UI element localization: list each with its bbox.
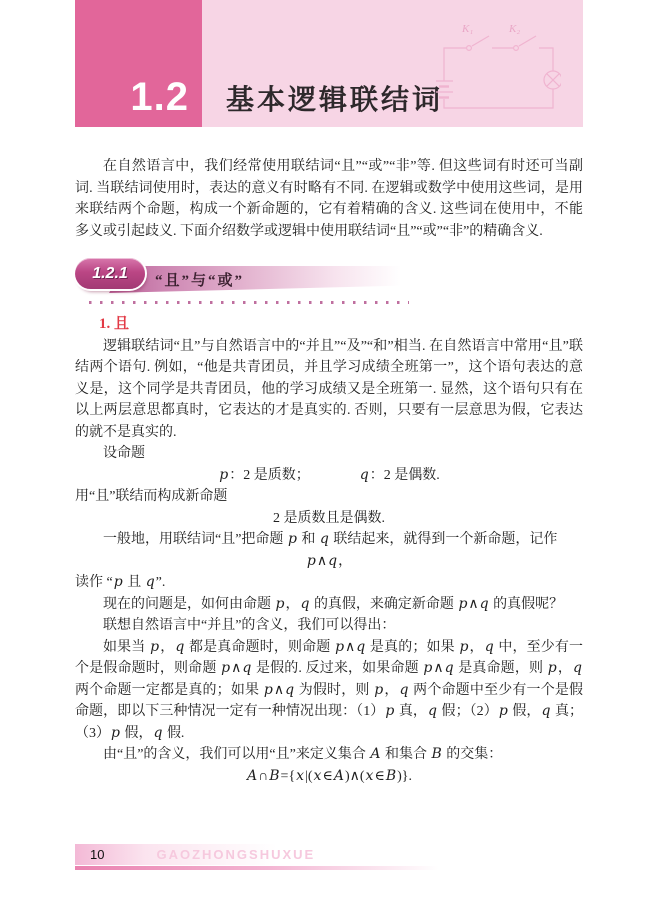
text-segment: ， xyxy=(469,640,483,655)
text-segment: 假；（2） xyxy=(438,704,498,719)
math-symbol: A xyxy=(246,768,258,784)
text-segment: 如果当 xyxy=(103,640,149,655)
text-segment: ， xyxy=(338,554,352,569)
formula-intersection: A∩B={x|(x∈A)∧(x∈B)}. xyxy=(75,766,583,788)
text-segment: ∩ xyxy=(258,769,268,784)
text-segment: ， xyxy=(285,597,299,612)
section-number: 1.2 xyxy=(130,77,202,127)
math-symbol: q xyxy=(299,596,310,612)
text-segment xyxy=(303,468,359,483)
page-footer: 10 GAOZHONGSHUXUE xyxy=(75,844,580,870)
wire-left-top xyxy=(444,48,466,81)
text-segment: 的真假呢？ xyxy=(490,597,564,612)
math-symbol: p xyxy=(287,531,298,547)
section-header: 1.2 基本逻辑联结词 xyxy=(75,0,583,127)
math-symbol: B xyxy=(430,746,442,762)
switch-k2-label: K₂ xyxy=(508,23,520,35)
math-symbol: p xyxy=(498,703,509,719)
paragraph: 用“且”联结而构成新命题 xyxy=(75,486,583,508)
math-symbol: p xyxy=(422,660,433,676)
math-symbol: q xyxy=(359,467,370,483)
text-segment: 现在的问题是，如何由命题 xyxy=(103,597,275,612)
textbook-page: 1.2 基本逻辑联结词 xyxy=(0,0,650,912)
text-segment: 的真假，来确定新命题 xyxy=(310,597,457,612)
text-segment: ”. xyxy=(156,575,166,590)
math-symbol: p xyxy=(220,660,231,676)
math-symbol: x xyxy=(313,768,323,784)
text-segment: 假， xyxy=(509,704,541,719)
paragraph: 联想自然语言中“并且”的含义，我们可以得出： xyxy=(75,615,583,637)
paragraph: 如果当 p，q 都是真命题时，则命题 p∧q 是真的；如果 p，q 中，至少有一… xyxy=(75,637,583,745)
section-title-band: 基本逻辑联结词 xyxy=(202,0,583,127)
body-text: 1. 且 逻辑联结词“且”与自然语言中的“并且”“及”“和”相当. 在自然语言中… xyxy=(75,314,583,787)
math-symbol: q xyxy=(399,682,410,698)
math-symbol: B xyxy=(268,768,280,784)
math-symbol: q xyxy=(319,531,330,547)
math-symbol: q xyxy=(174,639,185,655)
text-segment: ∈ xyxy=(374,769,384,784)
text-segment: ∧ xyxy=(231,661,241,676)
math-symbol: q xyxy=(284,682,295,698)
text-segment: 是真的；如果 xyxy=(366,640,458,655)
math-symbol: p xyxy=(384,703,395,719)
text-segment: 两个命题一定都是真的；如果 xyxy=(75,683,263,698)
text-segment: 都是真命题时，则命题 xyxy=(185,640,334,655)
math-symbol: p xyxy=(373,682,384,698)
item-heading: 1. 且 xyxy=(75,314,583,336)
switch-k1-pivot-icon xyxy=(467,46,472,51)
paragraph: 由“且”的含义，我们可以用“且”来定义集合 A 和集合 B 的交集： xyxy=(75,744,583,766)
math-symbol: q xyxy=(444,660,455,676)
switch-k2-blade-icon xyxy=(519,36,536,46)
math-symbol: p xyxy=(263,682,274,698)
page-title: 基本逻辑联结词 xyxy=(226,87,443,115)
text-segment: ：2 是质数； xyxy=(229,468,303,483)
switch-k2-pivot-icon xyxy=(514,46,519,51)
text-segment: 是假的. 反过来，如果命题 xyxy=(252,661,422,676)
text-segment: ={ xyxy=(281,769,296,784)
text-segment: ∧ xyxy=(468,597,478,612)
text-segment: 和集合 xyxy=(381,747,430,762)
math-symbol: p xyxy=(457,596,468,612)
math-symbol: p xyxy=(110,725,121,741)
math-symbol: q xyxy=(572,660,583,676)
text-segment: ∧ xyxy=(274,683,284,698)
text-segment: 的交集： xyxy=(443,747,503,762)
page-number: 10 xyxy=(75,847,104,862)
formula-propositions: p：2 是质数； q：2 是偶数. xyxy=(75,465,583,487)
footer-row: 10 GAOZHONGSHUXUE xyxy=(75,844,580,865)
math-symbol: x xyxy=(365,768,375,784)
formula-compound-proposition: 2 是质数且是偶数. xyxy=(75,508,583,530)
math-symbol: x xyxy=(295,768,305,784)
formula-conjunction: p∧q， xyxy=(75,551,583,573)
math-symbol: q xyxy=(241,660,252,676)
math-symbol: q xyxy=(479,596,490,612)
text-segment: 且 xyxy=(124,575,145,590)
switch-k1-label: K₁ xyxy=(461,23,473,35)
text-segment: 由“且”的含义，我们可以用“且”来定义集合 xyxy=(103,747,369,762)
math-symbol: p xyxy=(218,467,229,483)
math-symbol: p xyxy=(149,639,160,655)
text-segment: 一般地，用联结词“且”把命题 xyxy=(103,532,287,547)
paragraph: 设命题 xyxy=(75,443,583,465)
switch-k1-blade-icon xyxy=(472,36,489,46)
wire-right-top xyxy=(539,48,553,71)
math-symbol: p xyxy=(547,660,558,676)
text-segment: ， xyxy=(160,640,174,655)
text-segment: 联结起来，就得到一个新命题，记作 xyxy=(330,532,558,547)
subsection-number: 1.2.1 xyxy=(92,265,128,283)
text-segment: ∈ xyxy=(322,769,332,784)
paragraph: 一般地，用联结词“且”把命题 p 和 q 联结起来，就得到一个新命题，记作 xyxy=(75,529,583,551)
text-segment: )}. xyxy=(397,769,412,784)
math-symbol: q xyxy=(484,639,495,655)
text-segment: 是真命题，则 xyxy=(455,661,547,676)
math-symbol: q xyxy=(355,639,366,655)
math-symbol: B xyxy=(385,768,397,784)
math-symbol: q xyxy=(540,703,551,719)
subsection-title: “且”与“或” xyxy=(155,269,244,290)
math-symbol: q xyxy=(152,725,163,741)
math-symbol: q xyxy=(427,703,438,719)
math-symbol: A xyxy=(369,746,381,762)
text-segment: ∧ xyxy=(317,554,327,569)
math-symbol: q xyxy=(327,553,338,569)
math-symbol: p xyxy=(458,639,469,655)
paragraph: 读作 “p 且 q”. xyxy=(75,572,583,594)
footer-brand: GAOZHONGSHUXUE xyxy=(104,847,315,862)
text-segment: 为假时，则 xyxy=(295,683,373,698)
math-symbol: p xyxy=(275,596,286,612)
math-symbol: q xyxy=(145,574,156,590)
math-symbol: p xyxy=(306,553,317,569)
section-number-block: 1.2 xyxy=(75,0,202,127)
text-segment: 真， xyxy=(395,704,427,719)
circuit-wires xyxy=(436,36,561,108)
text-segment: 读作 “ xyxy=(75,575,113,590)
circuit-diagram: K₁ K₂ xyxy=(436,20,561,115)
subsection-number-pill: 1.2.1 xyxy=(75,258,145,289)
wire-bottom xyxy=(444,89,553,108)
text-segment: )∧( xyxy=(345,769,365,784)
paragraph: 逻辑联结词“且”与自然语言中的“并且”“及”“和”相当. 在自然语言中常用“且”… xyxy=(75,336,583,444)
text-segment: ， xyxy=(384,683,398,698)
text-segment: 假. xyxy=(163,726,184,741)
math-symbol: p xyxy=(113,574,124,590)
math-symbol: A xyxy=(333,768,345,784)
intro-paragraph: 在自然语言中，我们经常使用联结词“且”“或”“非”等. 但这些词有时还可当副词.… xyxy=(75,156,583,242)
text-segment: ， xyxy=(558,661,572,676)
subsection-banner: “且”与“或” 1.2.1 xyxy=(75,256,415,310)
text-segment: 和 xyxy=(298,532,319,547)
math-symbol: p xyxy=(334,639,345,655)
text-segment: 假， xyxy=(121,726,153,741)
text-segment: ：2 是偶数. xyxy=(370,468,440,483)
text-segment: ∧ xyxy=(433,661,443,676)
text-segment: ∧ xyxy=(345,640,355,655)
paragraph: 现在的问题是，如何由命题 p，q 的真假，来确定新命题 p∧q 的真假呢？ xyxy=(75,594,583,616)
text-segment: |( xyxy=(305,769,312,784)
dotted-separator xyxy=(89,301,409,304)
footer-accent-bar xyxy=(75,866,580,870)
